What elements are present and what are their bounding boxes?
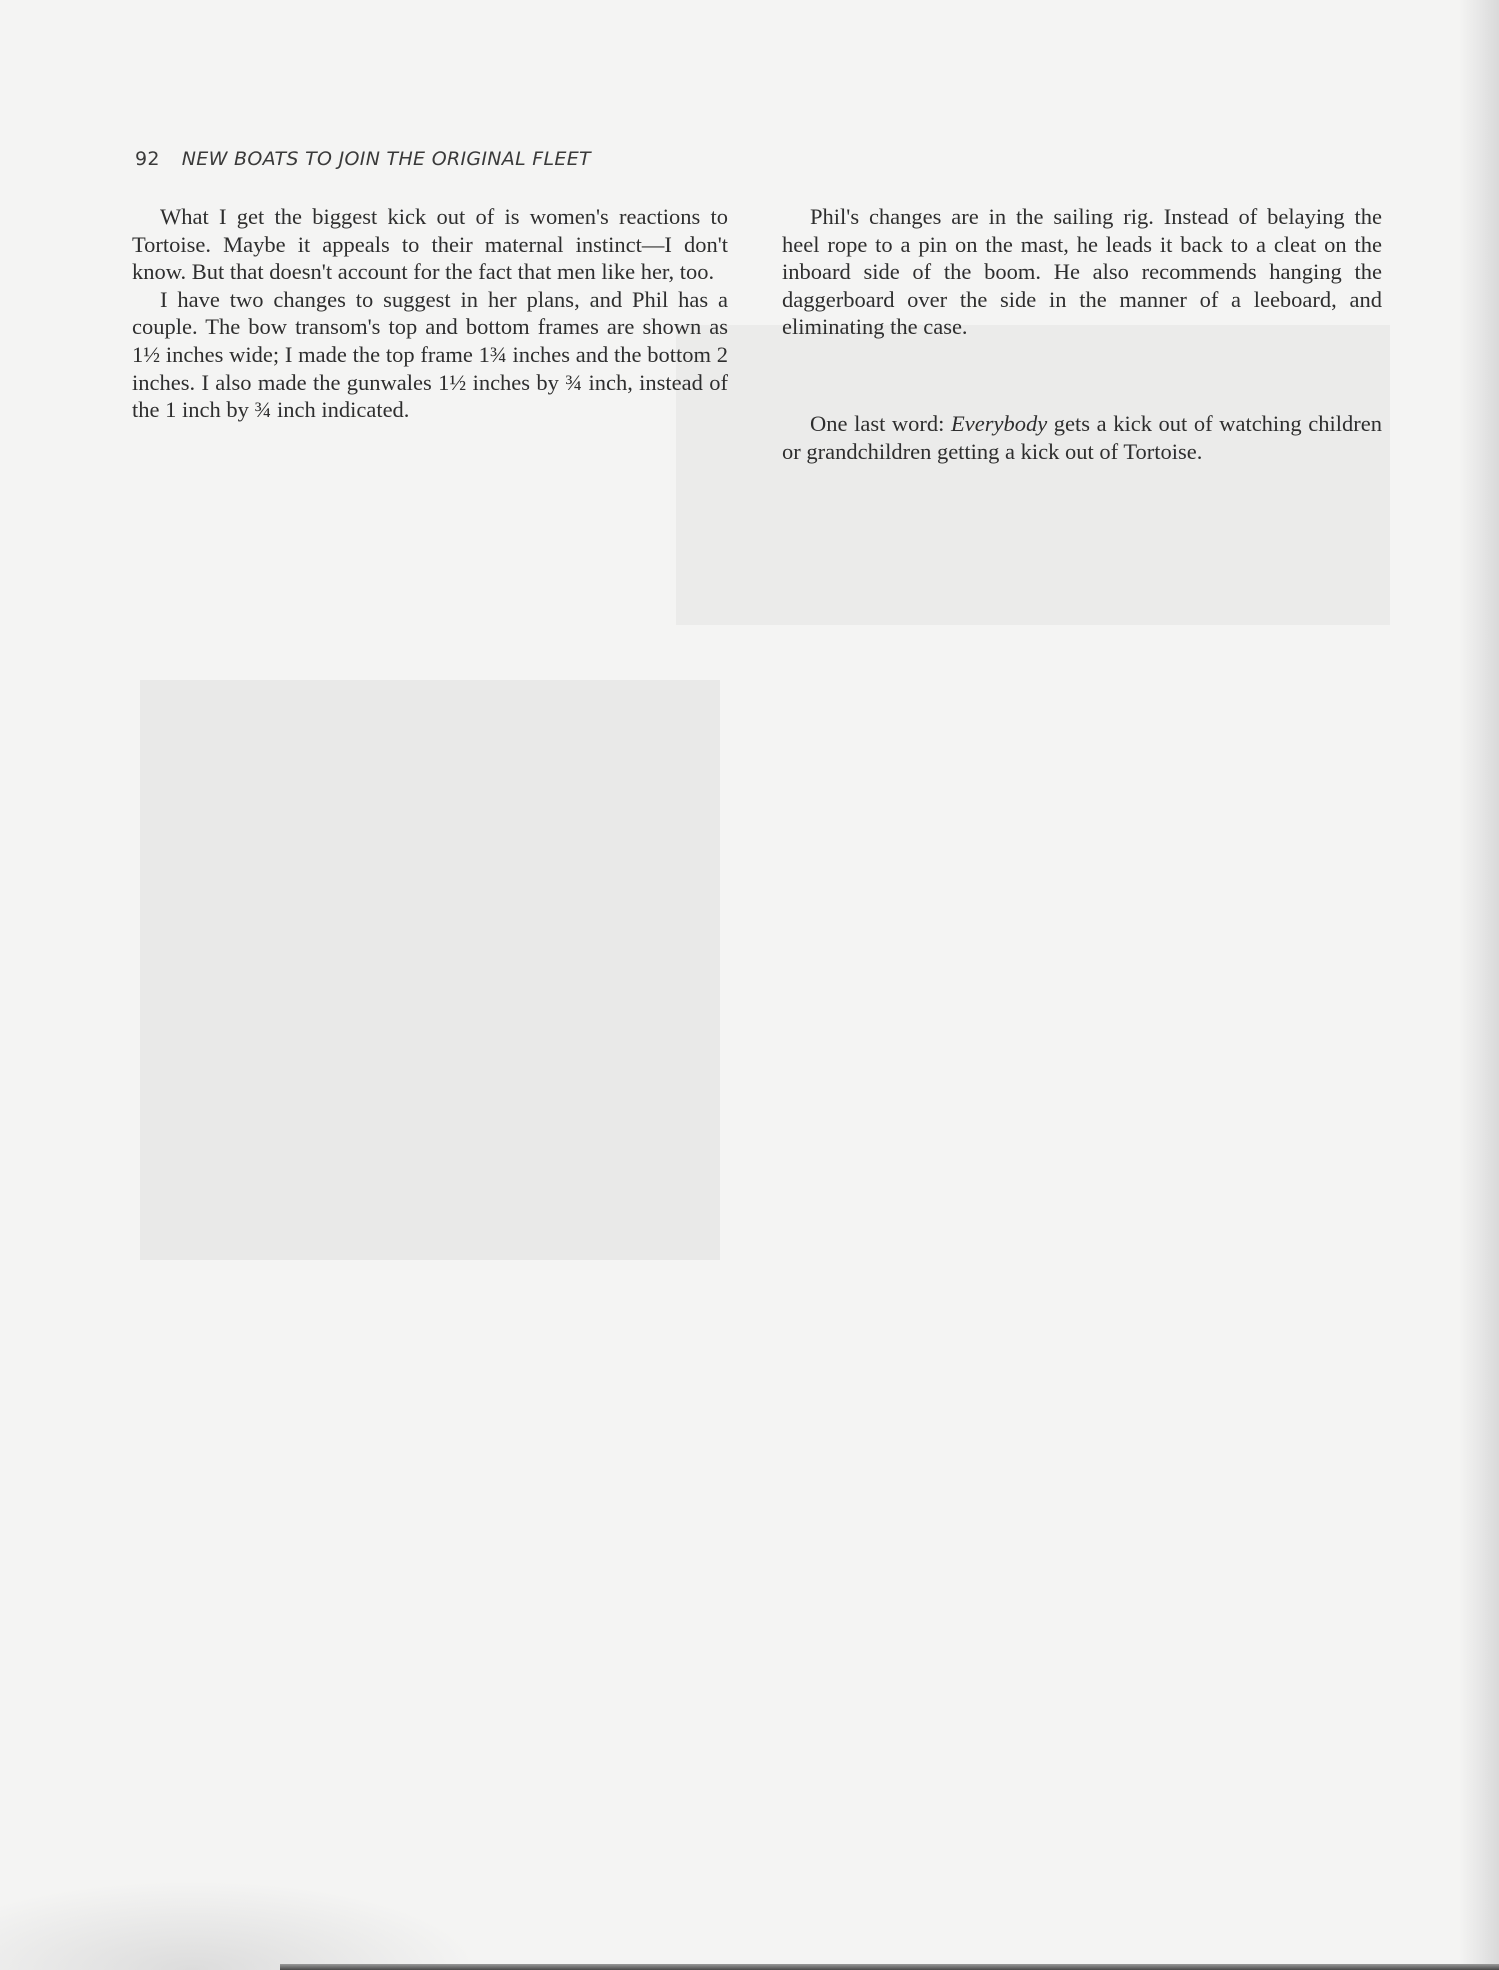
paragraph: Phil's changes are in the sailing rig. I… [782, 203, 1382, 341]
page-bottom-edge [280, 1964, 1499, 1970]
running-title: NEW BOATS TO JOIN THE ORIGINAL FLEET [182, 148, 591, 170]
right-column: Phil's changes are in the sailing rig. I… [782, 203, 1382, 465]
paragraph: What I get the biggest kick out of is wo… [132, 203, 728, 286]
page-edge-shadow [1459, 0, 1499, 1970]
closing-emphasis: Everybody [951, 411, 1047, 436]
running-head: 92NEW BOATS TO JOIN THE ORIGINAL FLEET [135, 148, 591, 170]
page-number: 92 [135, 148, 160, 170]
bleed-through-photo-block [140, 680, 720, 1260]
paragraph: I have two changes to suggest in her pla… [132, 286, 728, 424]
scan-shadow [0, 1880, 480, 1970]
closing-paragraph: One last word: Everybody gets a kick out… [782, 410, 1382, 465]
closing-prefix: One last word: [810, 411, 951, 436]
left-column: What I get the biggest kick out of is wo… [132, 203, 728, 424]
